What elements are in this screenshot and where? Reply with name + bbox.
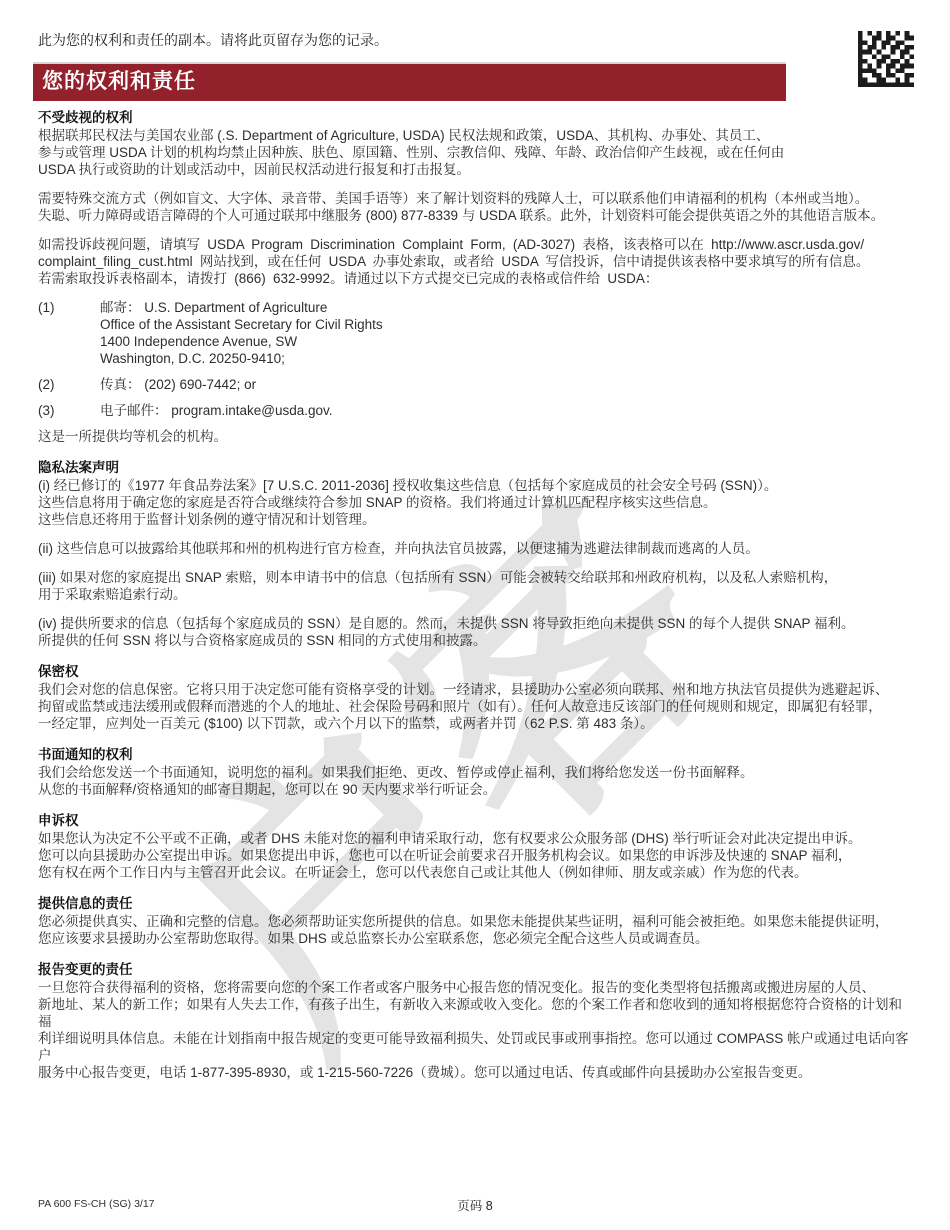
paragraph: (iv) 提供所要求的信息（包括每个家庭成员的 SSN）是自愿的。然而，未提供 … bbox=[38, 615, 914, 649]
paragraph: 如需投诉歧视问题，请填写 USDA Program Discrimination… bbox=[38, 236, 914, 287]
section-provide-information: 提供信息的责任 您必须提供真实、正确和完整的信息。您必须帮助证实您所提供的信息。… bbox=[38, 895, 914, 947]
section-heading: 提供信息的责任 bbox=[38, 895, 914, 912]
paragraph: (iii) 如果对您的家庭提出 SNAP 索赔，则本申请书中的信息（包括所有 S… bbox=[38, 569, 914, 603]
paragraph: 您必须提供真实、正确和完整的信息。您必须帮助证实您所提供的信息。如果您未能提供某… bbox=[38, 913, 914, 947]
list-marker: (3) bbox=[38, 402, 100, 419]
page-title: 您的权利和责任 bbox=[33, 64, 786, 100]
section-appeal-rights: 申诉权 如果您认为决定不公平或不正确，或者 DHS 未能对您的福利申请采取行动，… bbox=[38, 812, 914, 881]
section-confidentiality: 保密权 我们会对您的信息保密。它将只用于决定您可能有资格享受的计划。一经请求，县… bbox=[38, 663, 914, 732]
section-written-notice: 书面通知的权利 我们会给您发送一个书面通知，说明您的福利。如果我们拒绝、更改、暂… bbox=[38, 746, 914, 798]
paragraph: 我们会给您发送一个书面通知，说明您的福利。如果我们拒绝、更改、暂停或停止福利，我… bbox=[38, 764, 914, 798]
document-body: 不受歧视的权利 根据联邦民权法与美国农业部 (.S. Department of… bbox=[38, 109, 914, 1093]
paragraph: 需要特殊交流方式（例如盲文、大字体、录音带、美国手语等）来了解计划资料的残障人士… bbox=[38, 190, 914, 224]
complaint-contact-email: (3) 电子邮件： program.intake@usda.gov. bbox=[38, 402, 914, 419]
equal-opportunity-statement: 这是一所提供均等机会的机构。 bbox=[38, 428, 914, 445]
list-marker: (1) bbox=[38, 299, 100, 367]
complaint-contact-fax: (2) 传真： (202) 690-7442; or bbox=[38, 376, 914, 393]
section-privacy-act: 隐私法案声明 (i) 经已修订的《1977 年食品券法案》[7 U.S.C. 2… bbox=[38, 459, 914, 649]
section-heading: 隐私法案声明 bbox=[38, 459, 914, 476]
data-matrix-barcode bbox=[858, 31, 914, 87]
section-heading: 不受歧视的权利 bbox=[38, 109, 914, 126]
section-title-bar: 您的权利和责任 bbox=[33, 62, 786, 101]
section-heading: 书面通知的权利 bbox=[38, 746, 914, 763]
document-page: 此为您的权利和责任的副本。请将此页留存为您的记录。 您的权利和责任 客户 不受歧… bbox=[0, 0, 950, 1230]
fax-number: 传真： (202) 690-7442; or bbox=[100, 376, 256, 393]
paragraph: 我们会对您的信息保密。它将只用于决定您可能有资格享受的计划。一经请求，县援助办公… bbox=[38, 681, 914, 732]
copy-note: 此为您的权利和责任的副本。请将此页留存为您的记录。 bbox=[38, 30, 388, 50]
section-nondiscrimination: 不受歧视的权利 根据联邦民权法与美国农业部 (.S. Department of… bbox=[38, 109, 914, 445]
section-heading: 申诉权 bbox=[38, 812, 914, 829]
mail-address: 邮寄： U.S. Department of Agriculture Offic… bbox=[100, 299, 383, 367]
paragraph: 如果您认为决定不公平或不正确，或者 DHS 未能对您的福利申请采取行动，您有权要… bbox=[38, 830, 914, 881]
paragraph: (ii) 这些信息可以披露给其他联邦和州的机构进行官方检查，并向执法官员披露，以… bbox=[38, 540, 914, 557]
section-report-changes: 报告变更的责任 一旦您符合获得福利的资格，您将需要向您的个案工作者或客户服务中心… bbox=[38, 961, 914, 1081]
section-heading: 报告变更的责任 bbox=[38, 961, 914, 978]
paragraph: 一旦您符合获得福利的资格，您将需要向您的个案工作者或客户服务中心报告您的情况变化… bbox=[38, 979, 914, 1081]
paragraph: (i) 经已修订的《1977 年食品券法案》[7 U.S.C. 2011-203… bbox=[38, 477, 914, 528]
paragraph: 根据联邦民权法与美国农业部 (.S. Department of Agricul… bbox=[38, 127, 914, 178]
section-heading: 保密权 bbox=[38, 663, 914, 680]
complaint-contact-mail: (1) 邮寄： U.S. Department of Agriculture O… bbox=[38, 299, 914, 367]
list-marker: (2) bbox=[38, 376, 100, 393]
email-address: 电子邮件： program.intake@usda.gov. bbox=[100, 402, 333, 419]
page-number: 页码 8 bbox=[0, 1196, 950, 1214]
